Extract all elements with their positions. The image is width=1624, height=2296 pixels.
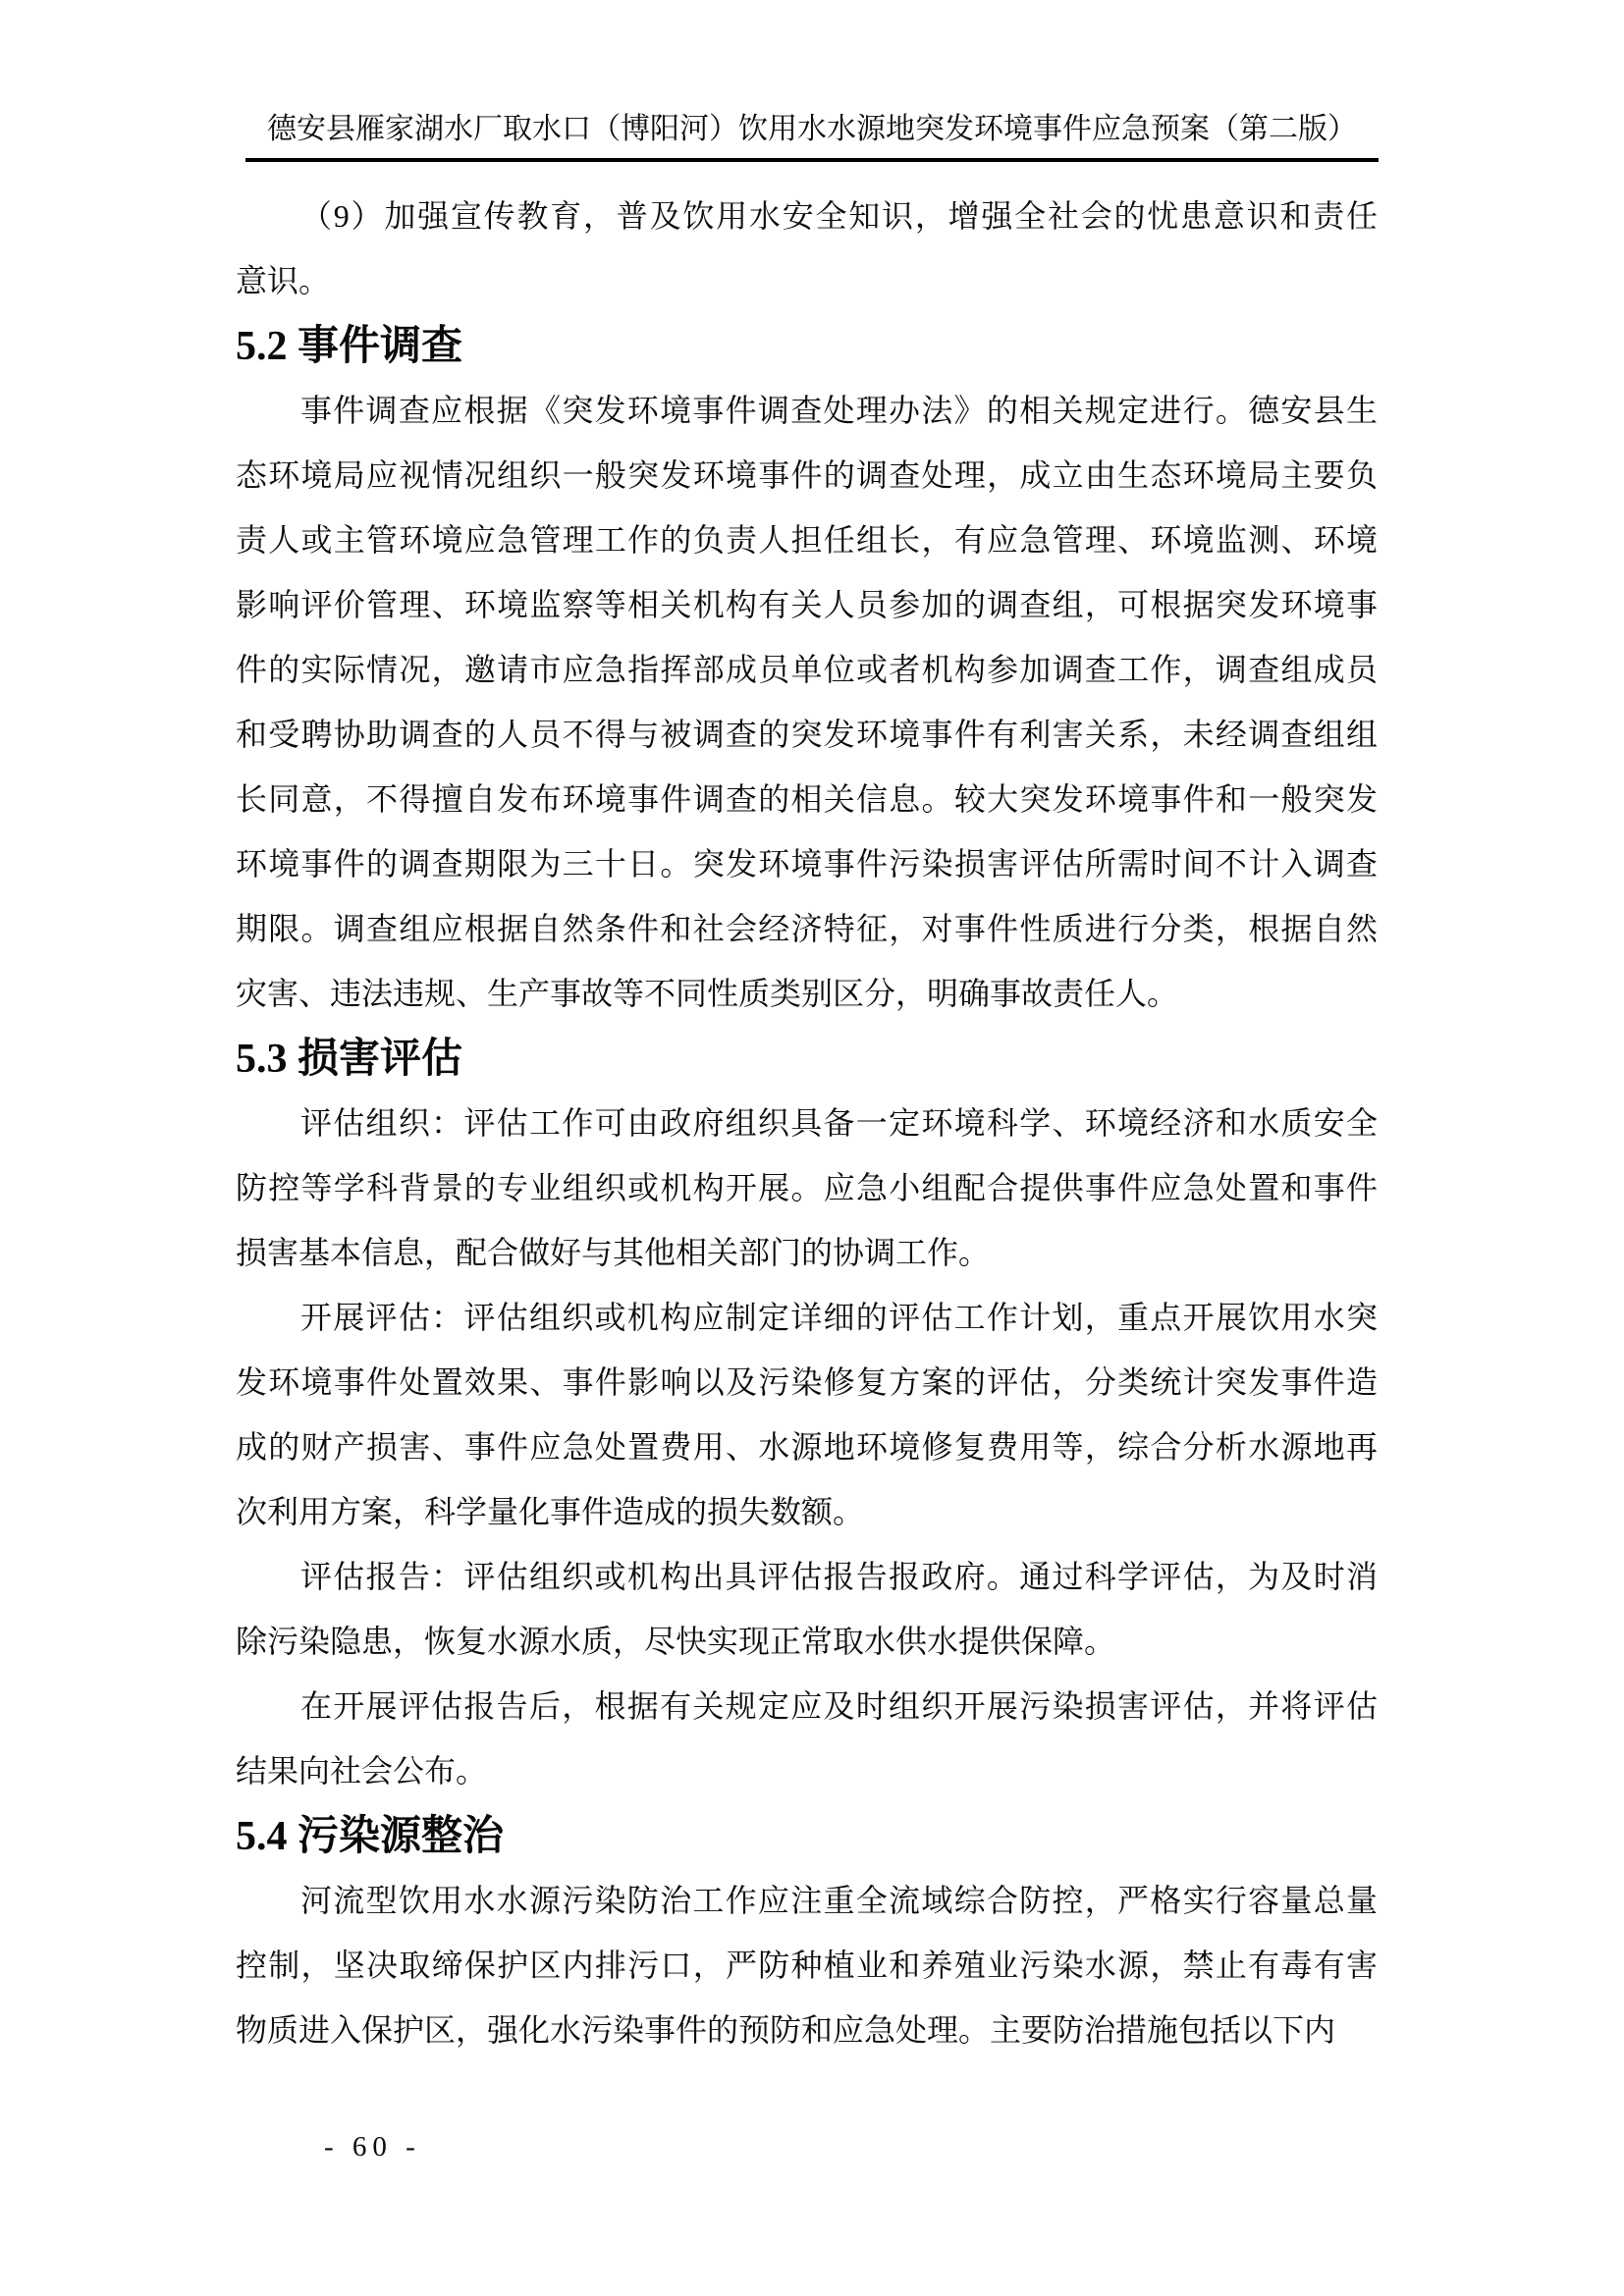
paragraph-line: 评估组织：评估工作可由政府组织具备一定环境科学、环境经济和水质安全 (236, 1091, 1378, 1155)
paragraph-line: 件的实际情况，邀请市应急指挥部成员单位或者机构参加调查工作，调查组成员 (236, 637, 1378, 702)
paragraph-line: 影响评价管理、环境监察等相关机构有关人员参加的调查组，可根据突发环境事 (236, 572, 1378, 637)
paragraph-line: 成的财产损害、事件应急处置费用、水源地环境修复费用等，综合分析水源地再 (236, 1415, 1378, 1479)
paragraph: 事件调查应根据《突发环境事件调查处理办法》的相关规定进行。德安县生态环境局应视情… (236, 378, 1378, 1026)
paragraph-line: 事件调查应根据《突发环境事件调查处理办法》的相关规定进行。德安县生 (236, 378, 1378, 443)
page-number: - 60 - (324, 2127, 421, 2166)
paragraph-line: 在开展评估报告后，根据有关规定应及时组织开展污染损害评估，并将评估 (236, 1674, 1378, 1738)
paragraph-line: 结果向社会公布。 (236, 1738, 1378, 1803)
paragraph: 在开展评估报告后，根据有关规定应及时组织开展污染损害评估，并将评估结果向社会公布… (236, 1674, 1378, 1803)
paragraph-line: 发环境事件处置效果、事件影响以及污染修复方案的评估，分类统计突发事件造 (236, 1350, 1378, 1415)
paragraph: （9）加强宣传教育，普及饮用水安全知识，增强全社会的忧患意识和责任意识。 (236, 184, 1378, 313)
paragraph-line: 控制，坚决取缔保护区内排污口，严防种植业和养殖业污染水源，禁止有毒有害 (236, 1933, 1378, 1998)
paragraph-line: 期限。调查组应根据自然条件和社会经济特征，对事件性质进行分类，根据自然 (236, 896, 1378, 961)
page-header: 德安县雁家湖水厂取水口（博阳河）饮用水水源地突发环境事件应急预案（第二版） (0, 108, 1624, 162)
paragraph: 开展评估：评估组织或机构应制定详细的评估工作计划，重点开展饮用水突发环境事件处置… (236, 1285, 1378, 1544)
paragraph: 评估报告：评估组织或机构出具评估报告报政府。通过科学评估，为及时消除污染隐患，恢… (236, 1544, 1378, 1674)
paragraph-line: 环境事件的调查期限为三十日。突发环境事件污染损害评估所需时间不计入调查 (236, 831, 1378, 896)
paragraph-line: 损害基本信息，配合做好与其他相关部门的协调工作。 (236, 1220, 1378, 1285)
paragraph-line: 开展评估：评估组织或机构应制定详细的评估工作计划，重点开展饮用水突 (236, 1285, 1378, 1350)
paragraph-line: 态环境局应视情况组织一般突发环境事件的调查处理，成立由生态环境局主要负 (236, 443, 1378, 507)
paragraph-line: 物质进入保护区，强化水污染事件的预防和应急处理。主要防治措施包括以下内 (236, 1998, 1378, 2062)
paragraph-line: 和受聘协助调查的人员不得与被调查的突发环境事件有利害关系，未经调查组组 (236, 702, 1378, 767)
section-heading: 5.4 污染源整治 (236, 1803, 1378, 1868)
paragraph-line: 河流型饮用水水源污染防治工作应注重全流域综合防控，严格实行容量总量 (236, 1868, 1378, 1933)
paragraph-line: 长同意，不得擅自发布环境事件调查的相关信息。较大突发环境事件和一般突发 (236, 767, 1378, 831)
paragraph-line: 灾害、违法违规、生产事故等不同性质类别区分，明确事故责任人。 (236, 961, 1378, 1026)
paragraph-line: 意识。 (236, 248, 1378, 313)
paragraph-line: 防控等学科背景的专业组织或机构开展。应急小组配合提供事件应急处置和事件 (236, 1155, 1378, 1220)
paragraph-line: 除污染隐患，恢复水源水质，尽快实现正常取水供水提供保障。 (236, 1609, 1378, 1674)
section-heading: 5.3 损害评估 (236, 1026, 1378, 1091)
document-page: 德安县雁家湖水厂取水口（博阳河）饮用水水源地突发环境事件应急预案（第二版） （9… (0, 0, 1624, 2296)
section-heading: 5.2 事件调查 (236, 313, 1378, 378)
document-body: （9）加强宣传教育，普及饮用水安全知识，增强全社会的忧患意识和责任意识。5.2 … (236, 184, 1378, 2062)
paragraph-line: 责人或主管环境应急管理工作的负责人担任组长，有应急管理、环境监测、环境 (236, 507, 1378, 572)
paragraph-line: 次利用方案，科学量化事件造成的损失数额。 (236, 1479, 1378, 1544)
paragraph: 评估组织：评估工作可由政府组织具备一定环境科学、环境经济和水质安全防控等学科背景… (236, 1091, 1378, 1285)
header-title: 德安县雁家湖水厂取水口（博阳河）饮用水水源地突发环境事件应急预案（第二版） (245, 108, 1379, 162)
paragraph-line: （9）加强宣传教育，普及饮用水安全知识，增强全社会的忧患意识和责任 (236, 184, 1378, 248)
paragraph: 河流型饮用水水源污染防治工作应注重全流域综合防控，严格实行容量总量控制，坚决取缔… (236, 1868, 1378, 2062)
paragraph-line: 评估报告：评估组织或机构出具评估报告报政府。通过科学评估，为及时消 (236, 1544, 1378, 1609)
